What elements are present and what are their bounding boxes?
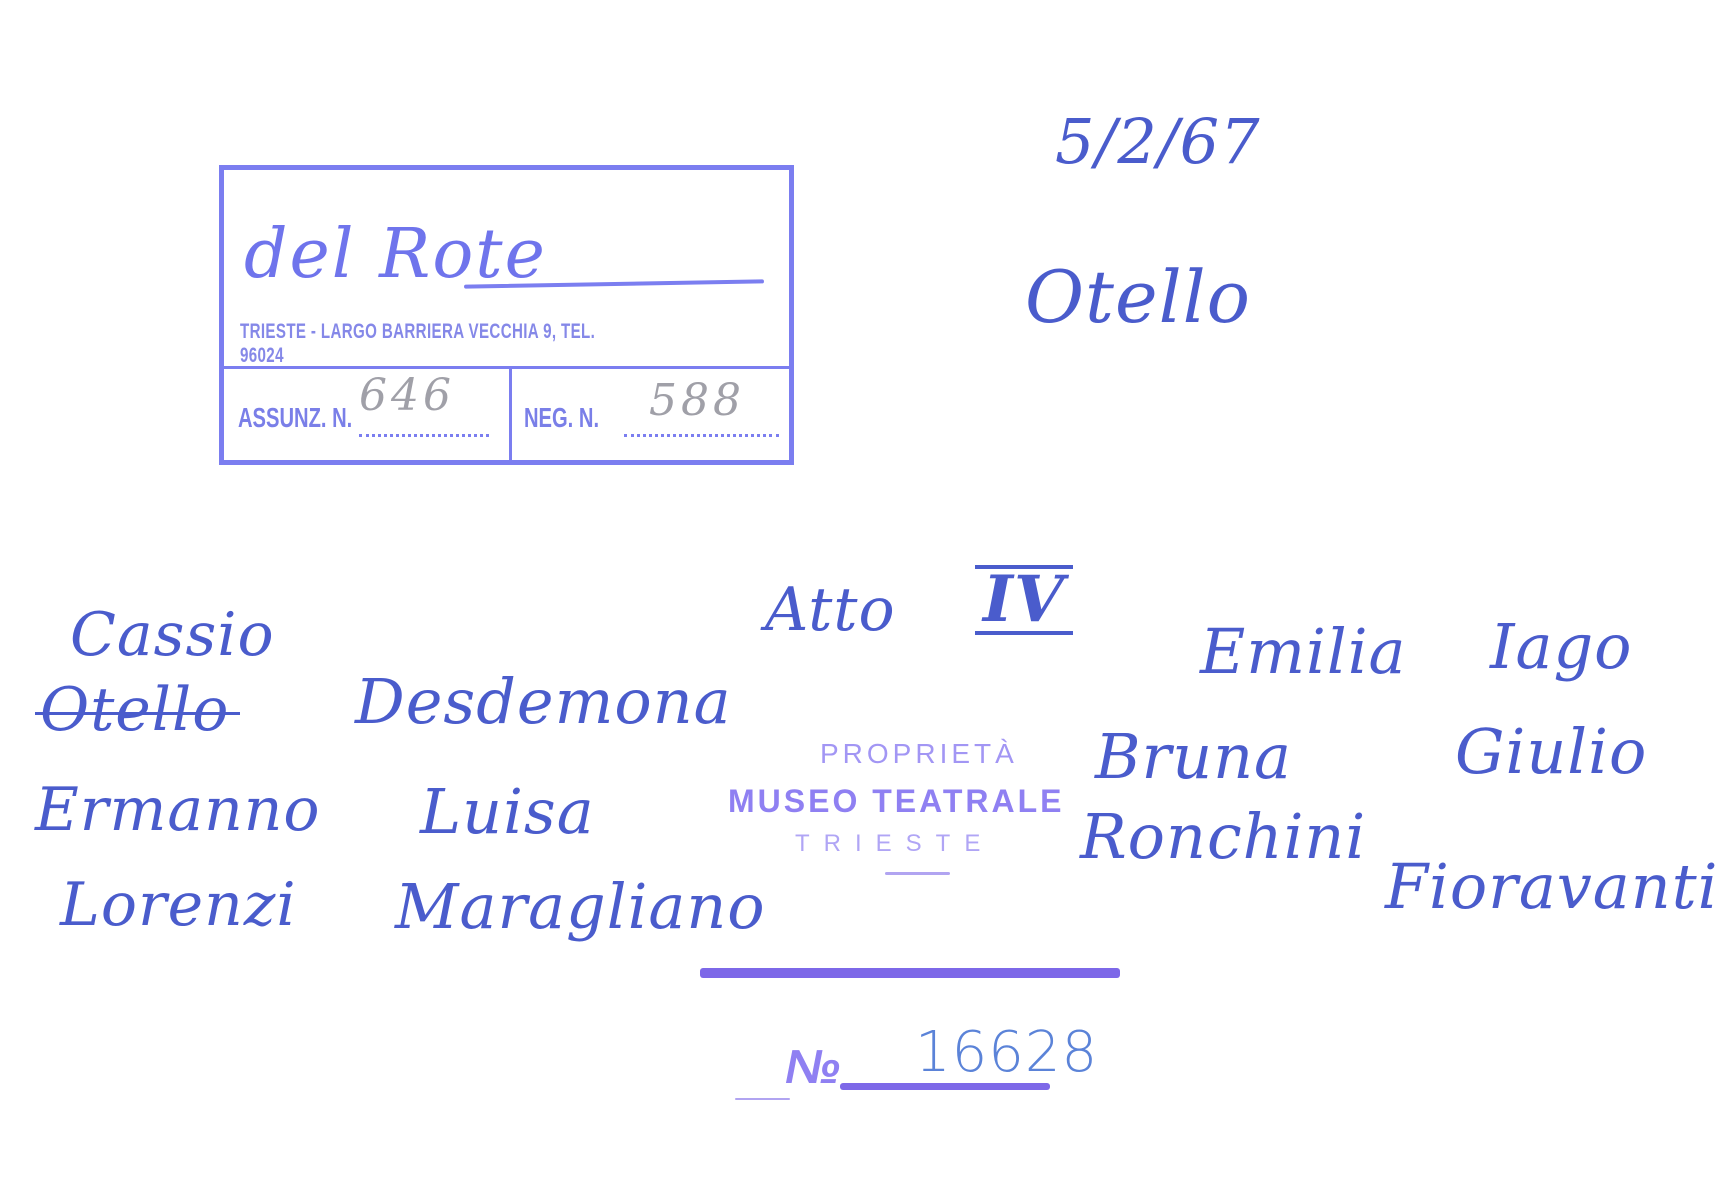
- assunz-label: ASSUNZ. N.: [238, 402, 352, 434]
- museum-stamp-line1: PROPRIETÀ: [820, 738, 1018, 770]
- strikethrough-line: [35, 712, 240, 715]
- cast-performer-last-2: Maragliano: [395, 870, 766, 943]
- stamp-divider-horizontal: [224, 366, 789, 369]
- photographer-stamp: del Rote TRIESTE - LARGO BARRIERA VECCHI…: [219, 165, 794, 465]
- assunz-dotted-line: [359, 434, 489, 437]
- cast-performer-first-4: Giulio: [1455, 715, 1647, 788]
- cast-role-struck: Otello: [40, 675, 229, 745]
- neg-value: 588: [649, 375, 745, 426]
- act-label: Atto: [765, 575, 896, 645]
- neg-label: NEG. N.: [524, 402, 599, 434]
- cast-performer-first-2: Luisa: [420, 775, 595, 848]
- cast-role-emilia: Emilia: [1200, 615, 1407, 688]
- archive-number-value: 16628: [915, 1020, 1098, 1085]
- cast-performer-last-3: Ronchini: [1080, 800, 1366, 873]
- cast-performer-last-1: Lorenzi: [60, 870, 297, 940]
- opera-title-note: Otello: [1025, 255, 1251, 339]
- cast-role-cassio: Cassio: [70, 600, 275, 670]
- act-number: IV: [975, 565, 1073, 635]
- cast-performer-first-1: Ermanno: [35, 775, 321, 845]
- assunz-value: 646: [359, 370, 455, 421]
- stamp-signature: del Rote: [244, 215, 547, 294]
- museum-stamp-line2: MUSEO TEATRALE: [728, 783, 1065, 820]
- archive-number-prefix: №: [785, 1040, 840, 1095]
- cast-role-desdemona: Desdemona: [355, 665, 732, 738]
- cast-performer-first-3: Bruna: [1095, 720, 1292, 793]
- stamp-rule: [700, 968, 1120, 978]
- stamp-divider-vertical: [509, 368, 512, 460]
- stamp-address: TRIESTE - LARGO BARRIERA VECCHIA 9, TEL.…: [240, 320, 635, 368]
- cast-performer-last-4: Fioravanti: [1385, 850, 1718, 923]
- date-note: 5/2/67: [1055, 105, 1261, 178]
- museum-stamp-line3: TRIESTE: [795, 830, 994, 858]
- cast-role-iago: Iago: [1490, 610, 1632, 683]
- neg-dotted-line: [624, 434, 779, 437]
- archive-number-underline-left: [735, 1098, 790, 1100]
- museum-stamp-underline: [885, 872, 950, 875]
